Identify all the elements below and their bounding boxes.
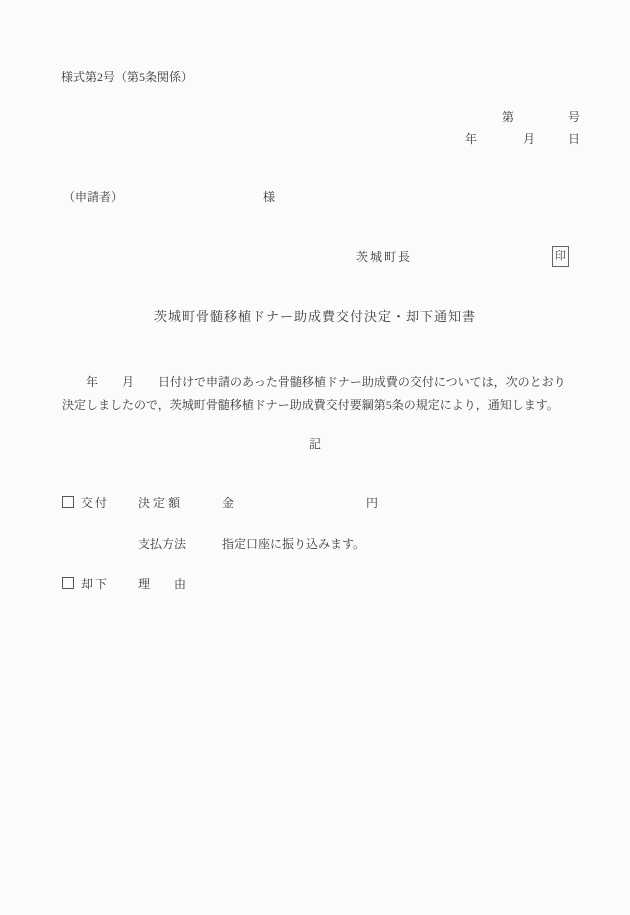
mayor-name: 茨城町長 bbox=[356, 248, 412, 265]
honorific-label: 様 bbox=[263, 188, 275, 205]
payment-method-label: 支払方法 bbox=[138, 535, 186, 552]
document-page: 様式第2号（第5条関係） 第 号 年 月 日 （申請者） 様 茨城町長 印 茨城… bbox=[0, 0, 630, 915]
amount-suffix: 円 bbox=[366, 494, 378, 511]
payment-method-value: 指定口座に振り込みます。 bbox=[222, 535, 365, 552]
applicant-label: （申請者） bbox=[63, 188, 123, 205]
date-month-label: 月 bbox=[523, 130, 535, 147]
seal-label: 印 bbox=[555, 250, 566, 262]
reject-label: 却下 bbox=[81, 575, 109, 592]
reason-label: 理 由 bbox=[138, 575, 186, 592]
doc-number-suffix: 号 bbox=[568, 108, 580, 125]
doc-number-prefix: 第 bbox=[502, 108, 514, 125]
amount-prefix: 金 bbox=[222, 494, 234, 511]
date-year-label: 年 bbox=[465, 130, 477, 147]
date-day-label: 日 bbox=[568, 130, 580, 147]
approve-label: 交付 bbox=[81, 494, 109, 511]
body-paragraph: 年 月 日付けで申請のあった骨髄移植ドナー助成費の交付については，次のとおり 決… bbox=[62, 371, 602, 417]
checkbox-reject-icon[interactable] bbox=[62, 577, 74, 589]
body-line-1: 年 月 日付けで申請のあった骨髄移植ドナー助成費の交付については，次のとおり bbox=[62, 371, 602, 394]
amount-label: 決 定 額 bbox=[138, 494, 180, 511]
body-line-2: 決定しましたので，茨城町骨髄移植ドナー助成費交付要綱第5条の規定により，通知しま… bbox=[62, 394, 602, 417]
checkbox-approve-icon[interactable] bbox=[62, 496, 74, 508]
document-title: 茨城町骨髄移植ドナー助成費交付決定・却下通知書 bbox=[0, 306, 630, 325]
ki-heading: 記 bbox=[0, 435, 630, 452]
form-number-label: 様式第2号（第5条関係） bbox=[61, 68, 193, 85]
seal-box: 印 bbox=[552, 246, 569, 267]
